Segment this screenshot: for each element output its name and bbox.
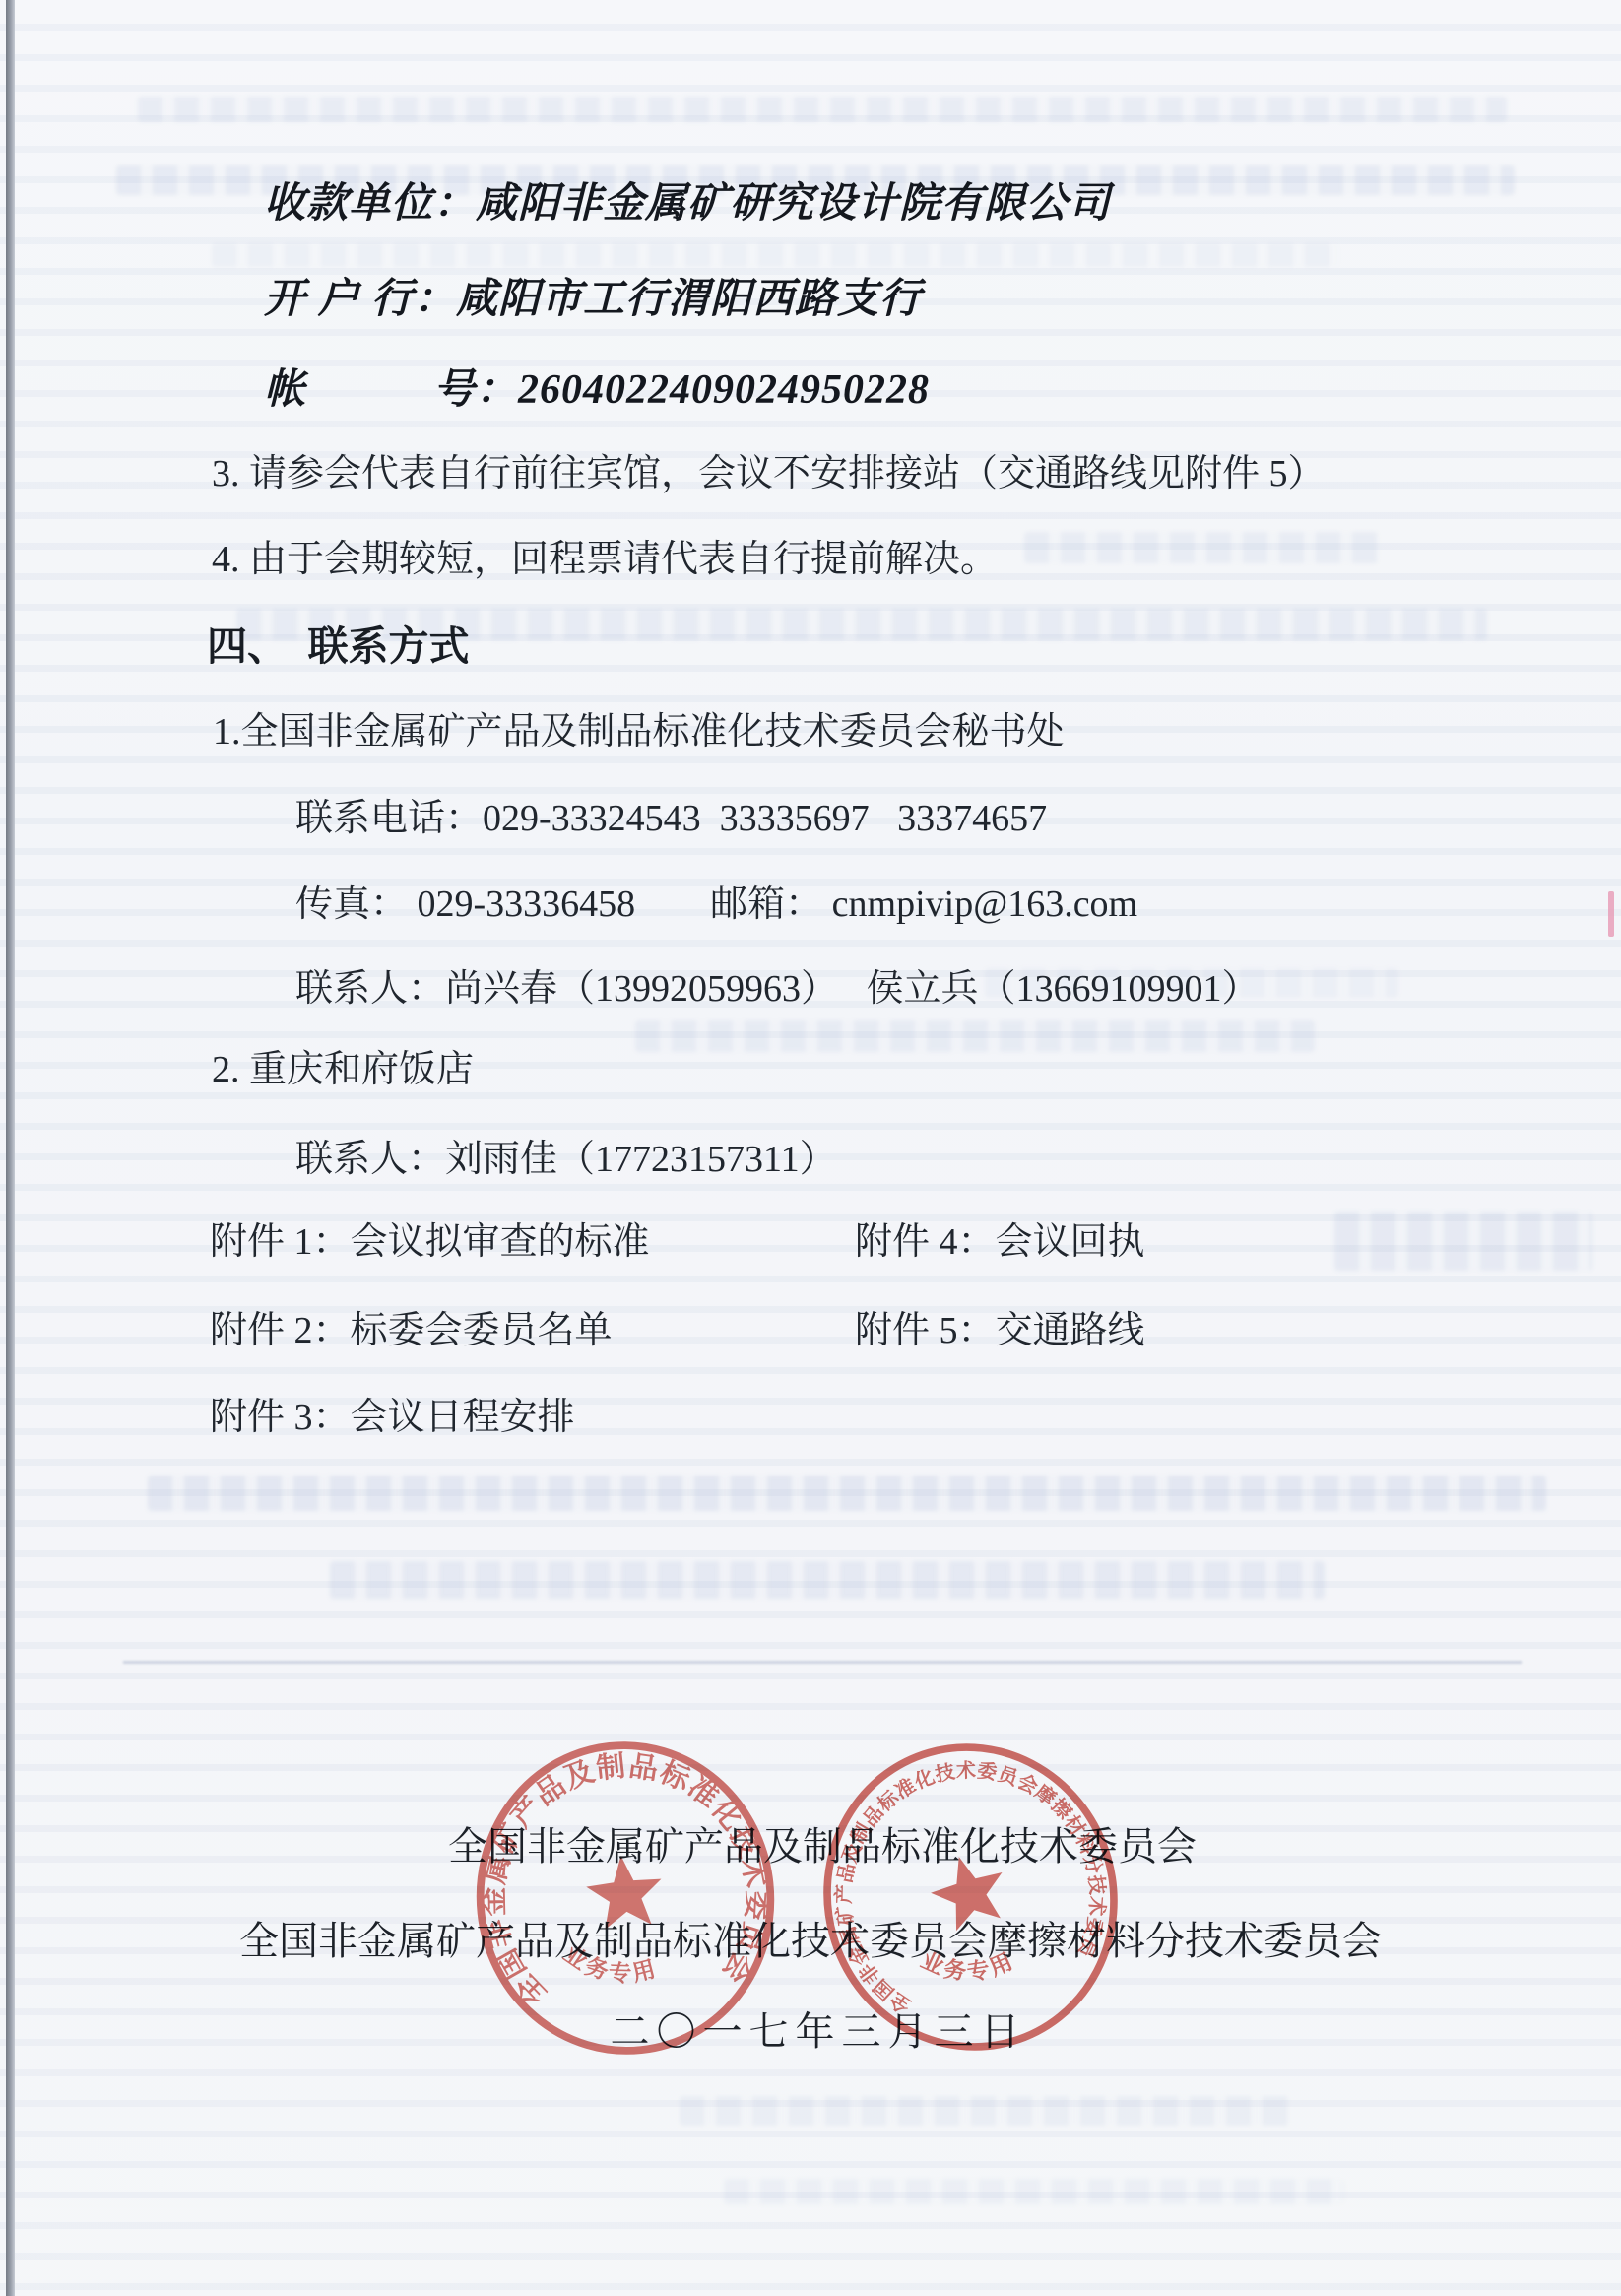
bank-line: 开 户 行：咸阳市工行渭阳西路支行: [264, 276, 922, 323]
bleedthrough-ghost-line: [138, 97, 1507, 122]
bleedthrough-ghost-line: [330, 1561, 1325, 1599]
secretariat-phone-line: 联系电话：029-33324543 33335697 33374657: [295, 798, 1047, 841]
signature-org-line-2: 全国非金属矿产品及制品标准化技术委员会摩擦材料分技术委员会: [0, 1919, 1621, 1964]
bleedthrough-ghost-line: [148, 1476, 1546, 1511]
seal-star-icon: [583, 1852, 666, 1931]
attachment-1: 附件 1：会议拟审查的标准: [210, 1221, 650, 1265]
attachment-2: 附件 2：标委会委员名单: [210, 1310, 613, 1353]
bleedthrough-ghost-line: [724, 2179, 1344, 2204]
seal-bottom-text: 业务专用: [556, 1933, 662, 1995]
account-line: 帐 号：2604022409024950228: [264, 366, 930, 414]
note-item-3: 3. 请参会代表自行前往宾馆，会议不安排接站（交通路线见附件 5）: [212, 453, 1326, 496]
note-item-4: 4. 由于会期较短，回程票请代表自行提前解决。: [212, 539, 998, 582]
svg-text:业务专用: 业务专用: [912, 1925, 1020, 2001]
attachment-3: 附件 3：会议日程安排: [210, 1397, 575, 1440]
bleedthrough-rule-line: [123, 1661, 1522, 1664]
attachment-5: 附件 5：交通路线: [855, 1310, 1145, 1353]
hotel-contact-line: 联系人：刘雨佳（17723157311）: [295, 1139, 837, 1182]
secretariat-contacts-line: 联系人：尚兴春（13992059963） 侯立兵（13669109901）: [295, 968, 1260, 1012]
secretariat-fax-email-line: 传真： 029-33336458 邮箱： cnmpivip@163.com: [295, 884, 1137, 927]
bleedthrough-ghost-line: [635, 1020, 1315, 1052]
attachment-4: 附件 4：会议回执: [855, 1221, 1145, 1265]
bleedthrough-ghost-line: [1334, 1212, 1592, 1271]
signature-date: 二〇一七年三月三日: [8, 2009, 1621, 2055]
contact-section-heading: 四、 联系方式: [207, 623, 470, 670]
bleedthrough-ghost-line: [680, 2096, 1290, 2126]
payee-line: 收款单位：咸阳非金属矿研究设计院有限公司: [264, 180, 1111, 228]
seal-bottom-text: 业务专用: [912, 1925, 1020, 2001]
hotel-title: 2. 重庆和府饭店: [212, 1049, 474, 1092]
bleedthrough-ghost-line: [212, 243, 1339, 267]
bleedthrough-ghost-line: [1024, 532, 1379, 563]
secretariat-title: 1.全国非金属矿产品及制品标准化技术委员会秘书处: [213, 711, 1065, 754]
scanned-document-page: 收款单位：咸阳非金属矿研究设计院有限公司 开 户 行：咸阳市工行渭阳西路支行 帐…: [0, 0, 1621, 2296]
official-seal-left: 全国非金属矿产品及制品标准化技术委员会 业务专用: [457, 1721, 795, 2076]
seal-star-icon: [924, 1847, 1014, 1935]
svg-text:业务专用: 业务专用: [556, 1933, 662, 1995]
pink-edge-mark: [1608, 891, 1614, 937]
